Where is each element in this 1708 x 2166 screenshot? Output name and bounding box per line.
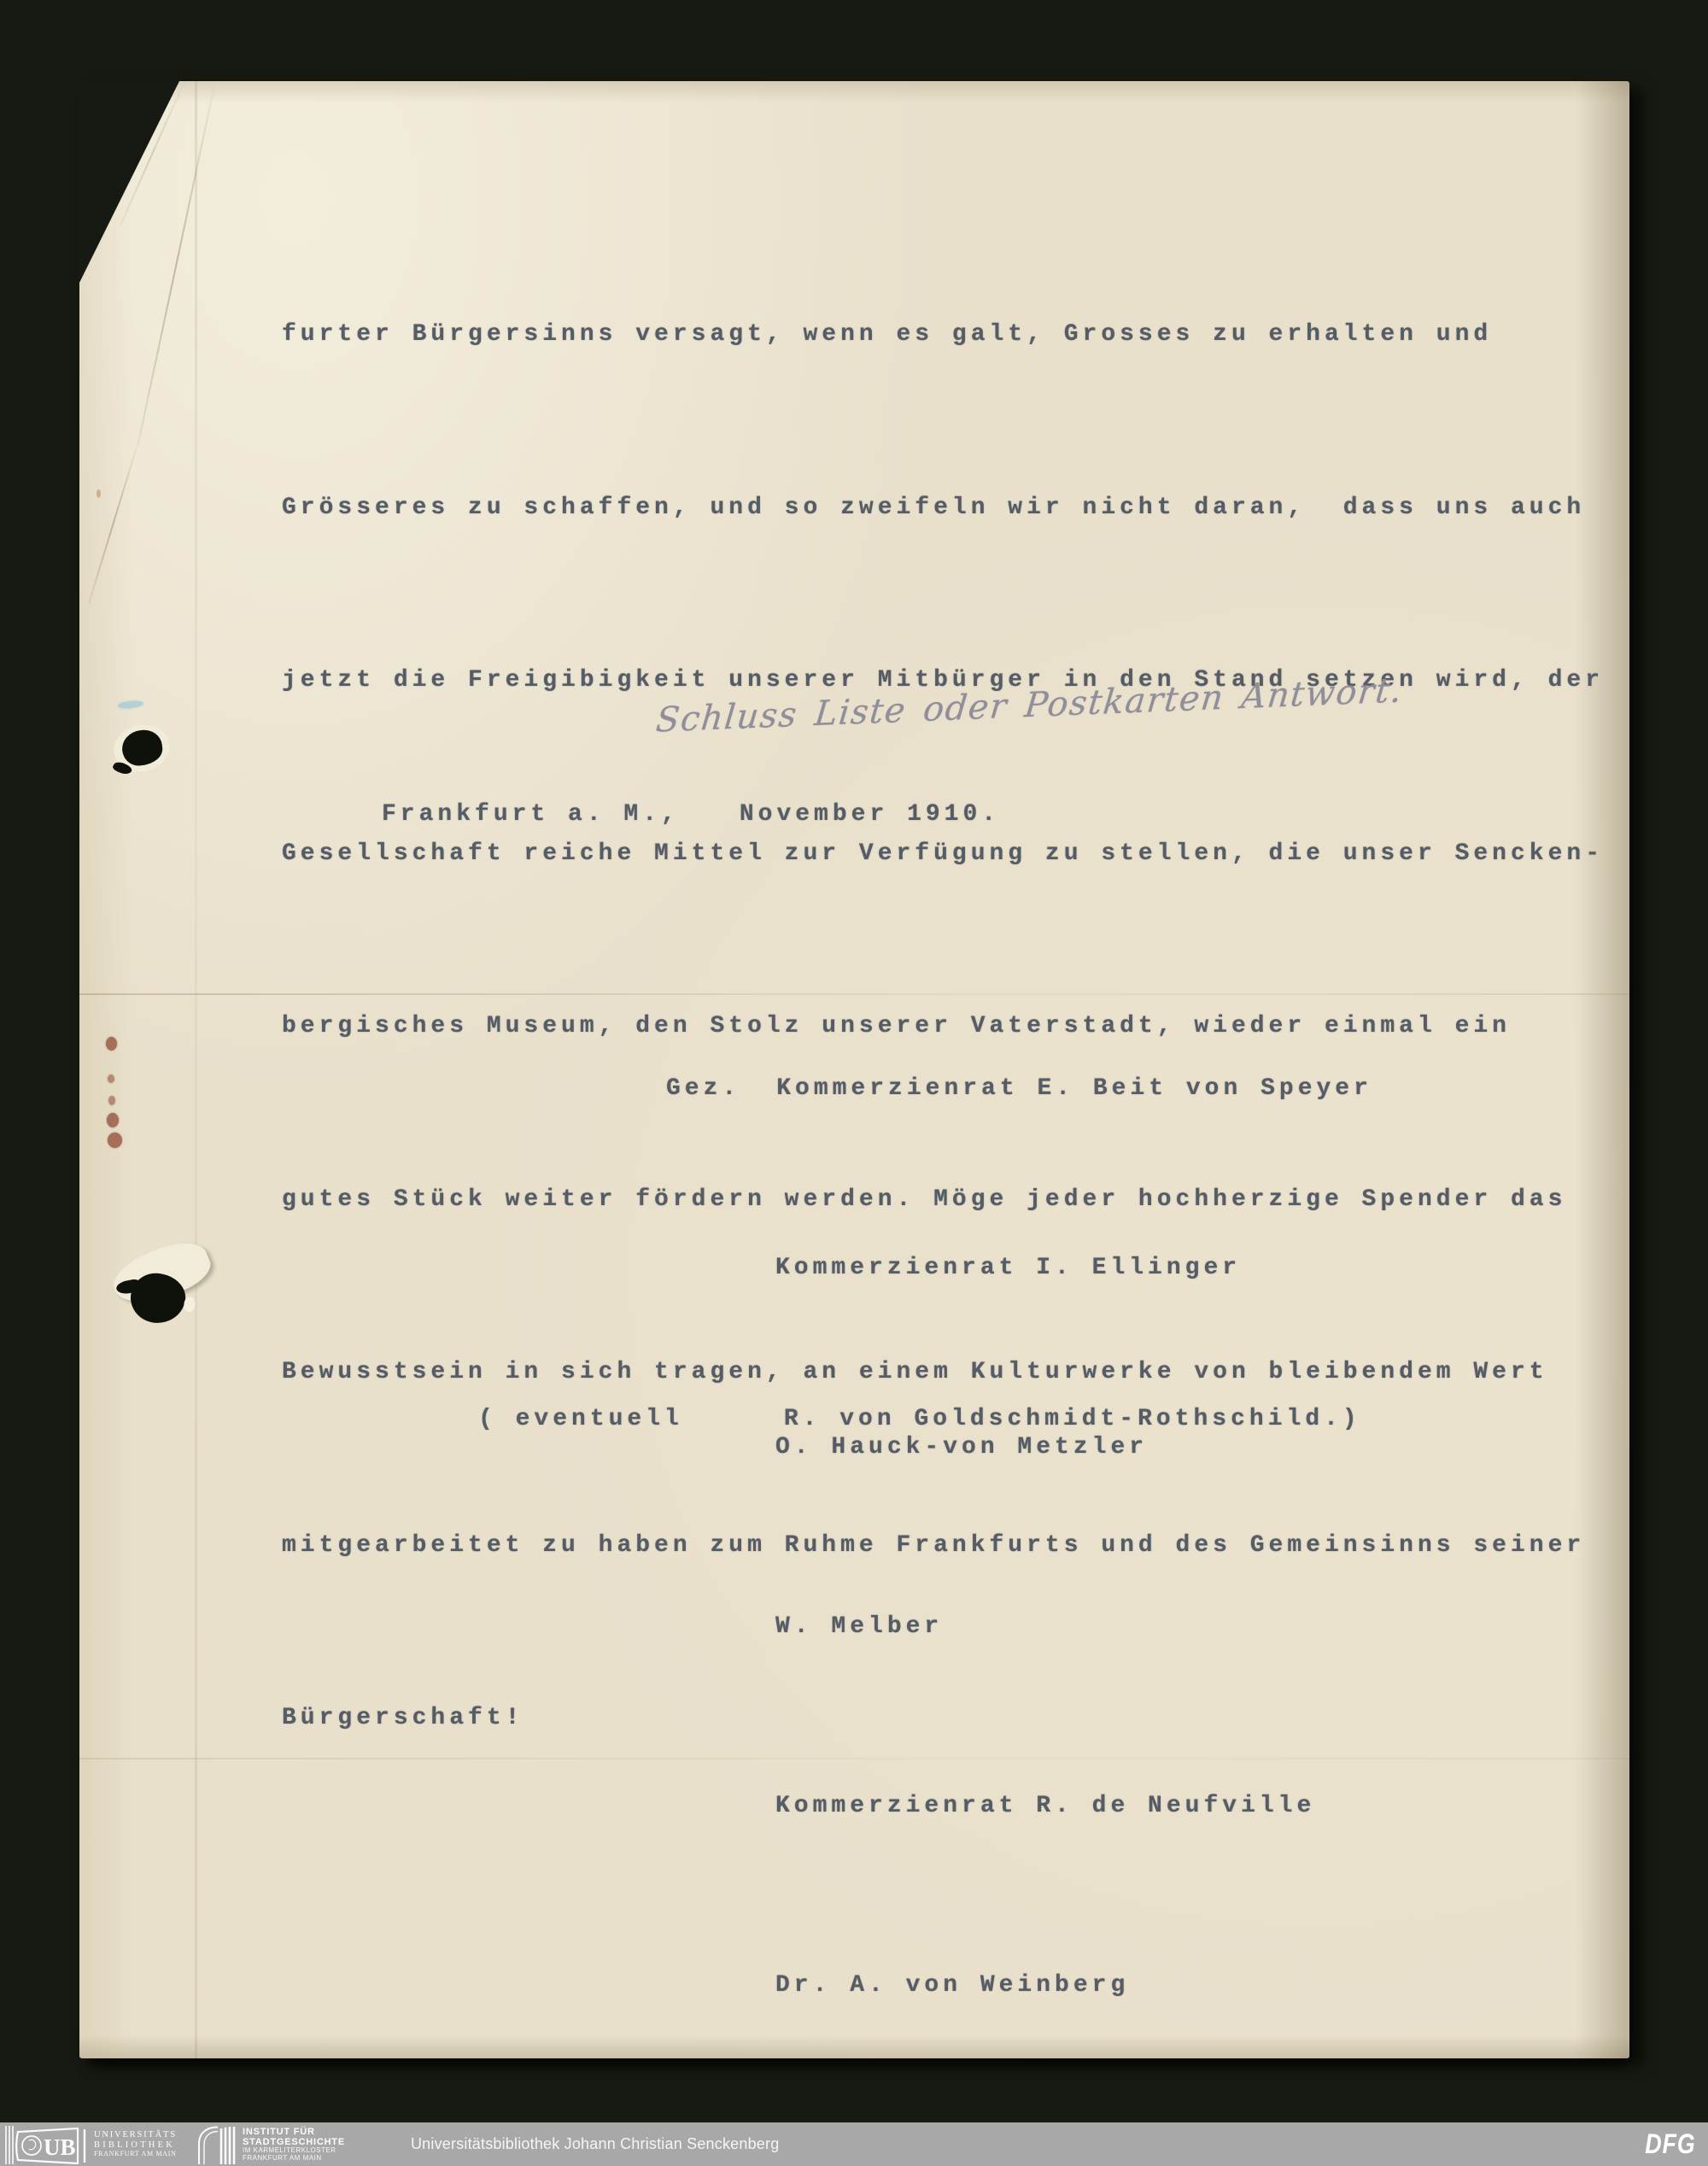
svg-text:UB: UB <box>44 2134 76 2160</box>
eventual-open: ( eventuell <box>478 1406 683 1432</box>
crease-line <box>88 444 138 604</box>
rust-stain <box>107 1113 119 1127</box>
footer-bar: UB UNIVERSITÄTS BIBLIOTHEK FRANKFURT AM … <box>0 2122 1708 2166</box>
scan-viewer-page: furter Bürgersinns versagt, wenn es galt… <box>0 0 1708 2166</box>
dateline-place: Frankfurt a. M., <box>382 801 680 828</box>
signatory: Kommerzienrat E. Beit von Speyer <box>776 1059 1372 1119</box>
signatory: W. Melber <box>775 1597 1372 1657</box>
institut-stadtgeschichte-logo: INSTITUT FÜR STADTGESCHICHTE IM KARMELIT… <box>184 2125 345 2164</box>
signature-block: Gez. Kommerzienrat E. Beit von Speyer Ko… <box>666 940 1372 2135</box>
ub-logo: UB UNIVERSITÄTS BIBLIOTHEK FRANKFURT AM … <box>0 2125 184 2164</box>
signatory: Dr. A. von Weinberg <box>775 1956 1372 2016</box>
dateline: Frankfurt a. M., November 1910. <box>382 801 1000 828</box>
ub-logo-icon: UB <box>4 2125 90 2164</box>
goethe-portrait-icon <box>22 2136 41 2155</box>
small-stain <box>97 489 101 498</box>
ub-logo-line: FRANKFURT AM MAIN <box>94 2151 184 2158</box>
library-name: Universitätsbibliothek Johann Christian … <box>411 2135 779 2153</box>
paper-corner-fold <box>78 79 180 286</box>
institut-logo-line: FRANKFURT AM MAIN <box>243 2155 345 2163</box>
crease-line-vertical <box>195 81 197 2058</box>
letter-line: furter Bürgersinns versagt, wenn es galt… <box>282 306 1604 364</box>
ub-logo-line: UNIVERSITÄTS <box>94 2130 184 2140</box>
signatory: Kommerzienrat R. de Neufville <box>775 1777 1372 1836</box>
signatory: Kommerzienrat I. Ellinger <box>775 1238 1372 1298</box>
institut-logo-line: INSTITUT FÜR <box>243 2127 345 2137</box>
dfg-logo: DFG <box>1646 2128 1696 2160</box>
gothic-arch-icon <box>196 2125 237 2164</box>
signature-row: Gez. Kommerzienrat E. Beit von Speyer <box>666 1059 1372 1119</box>
dateline-date: November 1910. <box>740 801 1000 828</box>
ub-logo-line: BIBLIOTHEK <box>94 2140 184 2151</box>
eventual-name: R. von Goldschmidt-Rothschild.) <box>784 1406 1361 1432</box>
letter-line: Gesellschaft reiche Mittel zur Verfügung… <box>282 825 1604 883</box>
institut-logo-text: INSTITUT FÜR STADTGESCHICHTE IM KARMELIT… <box>243 2127 345 2163</box>
eventual-signatory-line: ( eventuell R. von Goldschmidt-Rothschil… <box>478 1406 1361 1432</box>
blue-pencil-mark <box>118 700 144 709</box>
scanned-letter-page: furter Bürgersinns versagt, wenn es galt… <box>79 81 1629 2058</box>
ub-logo-text: UNIVERSITÄTS BIBLIOTHEK FRANKFURT AM MAI… <box>94 2130 184 2157</box>
rust-stain <box>106 1037 117 1051</box>
rust-stain <box>108 1074 114 1083</box>
signed-prefix: Gez. <box>666 1059 740 1119</box>
rust-stain <box>108 1096 115 1105</box>
rust-stain <box>108 1133 122 1148</box>
letter-line: Grösseres zu schaffen, und so zweifeln w… <box>282 479 1604 537</box>
institut-logo-line: STADTGESCHICHTE <box>243 2137 345 2147</box>
